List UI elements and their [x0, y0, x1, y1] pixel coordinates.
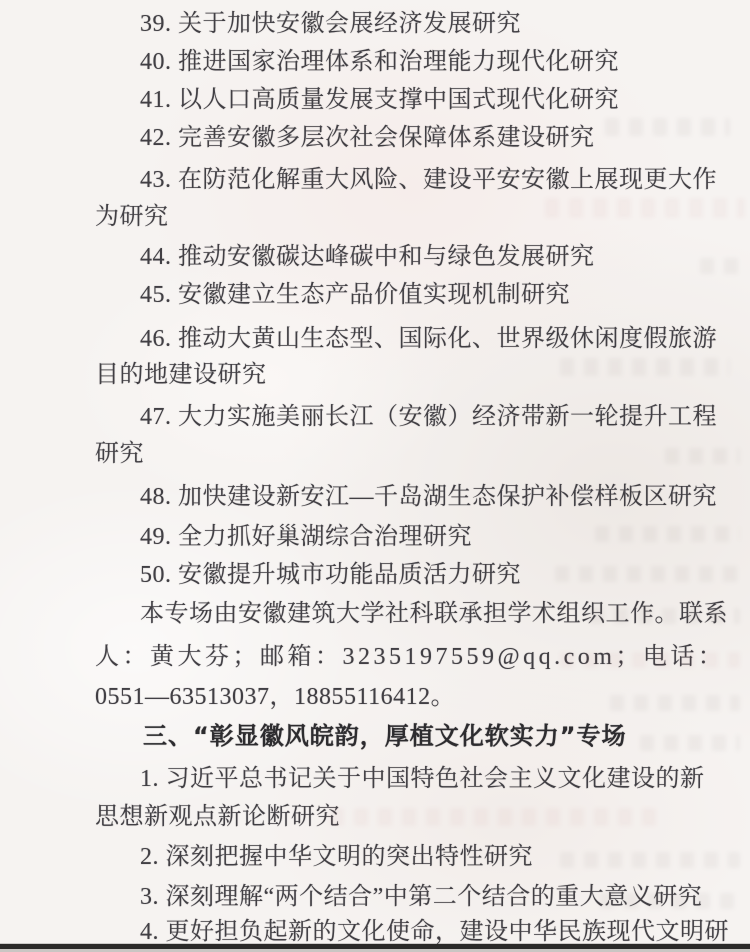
topic-line-49: 49. 全力抓好巢湖综合治理研究	[140, 523, 472, 551]
bleed-through-smudge	[560, 652, 740, 668]
bleed-through-smudge	[640, 735, 740, 751]
topic-line-42: 42. 完善安徽多层次社会保障体系建设研究	[140, 124, 595, 152]
bleed-through-smudge	[665, 448, 740, 464]
bleed-through-smudge	[555, 566, 740, 582]
scan-bottom-edge	[0, 943, 750, 952]
topic-line-46: 46. 推动大黄山生态型、国际化、世界级休闲度假旅游	[140, 325, 717, 353]
topic-line-47-cont: 研究	[95, 440, 144, 468]
bleed-through-smudge	[700, 258, 745, 274]
topic-line-1-cont: 思想新观点新论断研究	[95, 803, 340, 831]
topic-line-46-cont: 目的地建设研究	[95, 361, 267, 389]
section-three-heading: 三、“彰显徽风皖韵，厚植文化软实力”专场	[143, 722, 627, 750]
topic-line-1: 1. 习近平总书记关于中国特色社会主义文化建设的新	[140, 765, 705, 793]
topic-line-47: 47. 大力实施美丽长江（安徽）经济带新一轮提升工程	[140, 403, 717, 431]
topic-line-48: 48. 加快建设新安江—千岛湖生态保护补偿样板区研究	[140, 483, 717, 511]
bleed-through-smudge	[560, 852, 740, 868]
bleed-through-smudge	[605, 118, 730, 136]
topic-line-44: 44. 推动安徽碳达峰碳中和与绿色发展研究	[140, 243, 595, 271]
bleed-through-smudge	[330, 808, 660, 826]
bleed-through-smudge	[545, 198, 745, 218]
bleed-through-smudge	[610, 695, 740, 711]
topic-line-39: 39. 关于加快安徽会展经济发展研究	[140, 10, 521, 38]
scanned-document-page: 39. 关于加快安徽会展经济发展研究 40. 推进国家治理体系和治理能力现代化研…	[0, 0, 750, 952]
topic-line-50: 50. 安徽提升城市功能品质活力研究	[140, 561, 521, 589]
topic-line-41: 41. 以人口高质量发展支撑中国式现代化研究	[140, 86, 619, 114]
topic-line-2: 2. 深刻把握中华文明的突出特性研究	[140, 843, 533, 871]
bleed-through-smudge	[595, 526, 740, 542]
topic-line-40: 40. 推进国家治理体系和治理能力现代化研究	[140, 48, 619, 76]
bleed-through-smudge	[600, 893, 740, 909]
topic-line-43-cont: 为研究	[95, 203, 169, 231]
topic-line-43: 43. 在防范化解重大风险、建设平安安徽上展现更大作	[140, 166, 717, 194]
organizer-note-line-3-phones: 0551—63513037，18855116412。	[95, 683, 455, 711]
topic-line-4: 4. 更好担负起新的文化使命，建设中华民族现代文明研	[140, 918, 729, 946]
bleed-through-smudge	[560, 358, 730, 376]
bleed-through-smudge	[590, 608, 740, 624]
topic-line-45: 45. 安徽建立生态产品价值实现机制研究	[140, 281, 570, 309]
